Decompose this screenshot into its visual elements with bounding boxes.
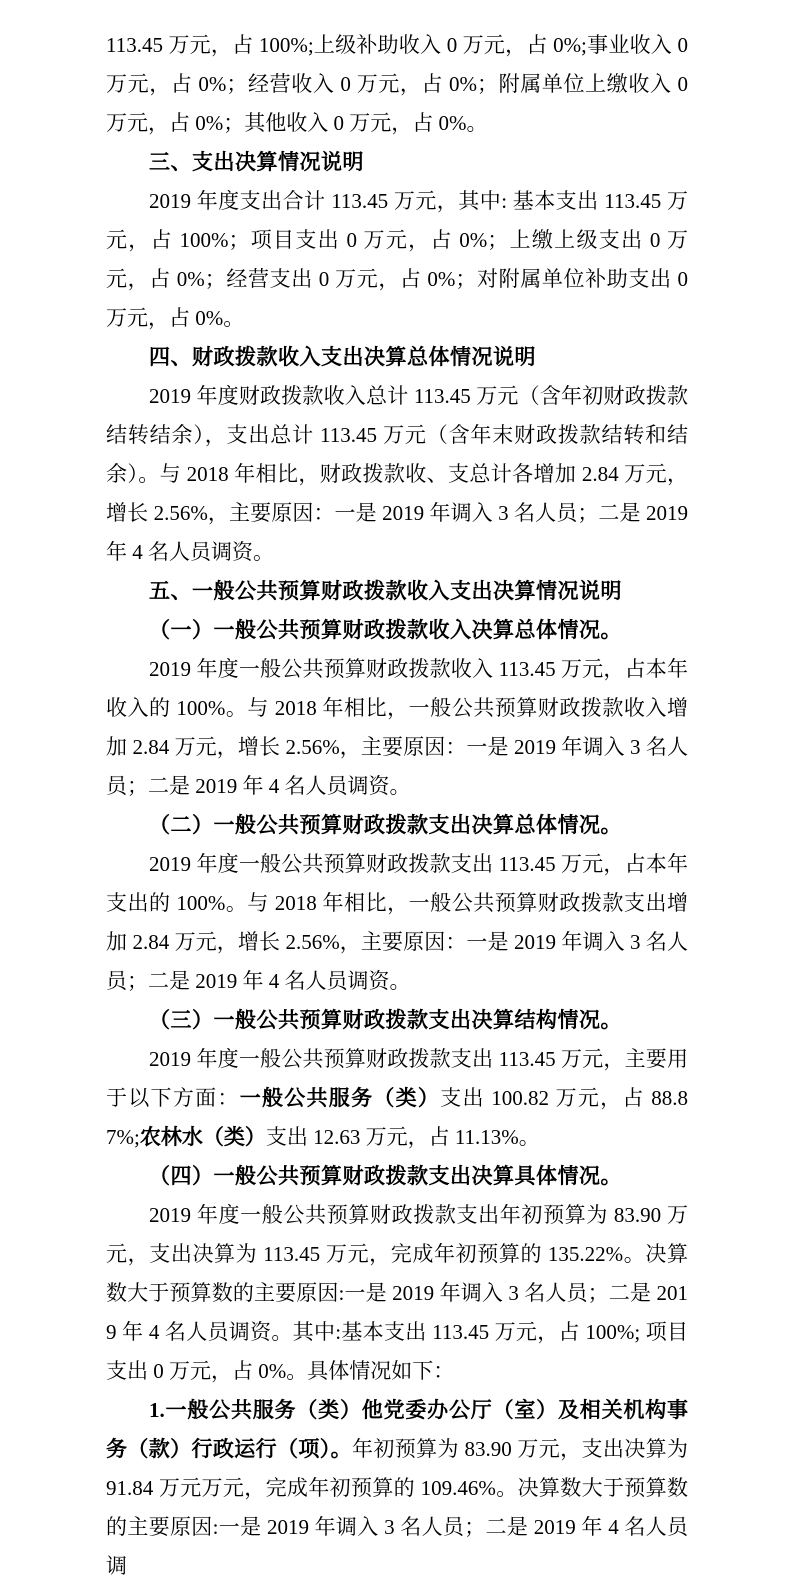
heading-section-five-general-budget: 五、一般公共预算财政拨款收入支出决算情况说明	[106, 572, 688, 611]
structure-run-agriculture-forestry-water-amount: 支出 12.63 万元，占 11.13%。	[266, 1125, 540, 1149]
subheading-three-expenditure-structure: （三）一般公共预算财政拨款支出决算结构情况。	[106, 1001, 688, 1040]
heading-section-four-fiscal-appropriation: 四、财政拨款收入支出决算总体情况说明	[106, 338, 688, 377]
subheading-two-expenditure-overview: （二）一般公共预算财政拨款支出决算总体情况。	[106, 806, 688, 845]
expenditure-detail-summary-paragraph: 2019 年度一般公共预算财政拨款支出年初预算为 83.90 万元，支出决算为 …	[106, 1196, 688, 1391]
fiscal-appropriation-overview-paragraph: 2019 年度财政拨款收入总计 113.45 万元（含年初财政拨款结转结余），支…	[106, 377, 688, 572]
subheading-one-income-overview: （一）一般公共预算财政拨款收入决算总体情况。	[106, 611, 688, 650]
structure-run-agriculture-forestry-water-bold: 农林水（类）	[140, 1125, 266, 1149]
income-breakdown-continuation-paragraph: 113.45 万元，占 100%;上级补助收入 0 万元，占 0%;事业收入 0…	[106, 26, 688, 143]
expenditure-summary-paragraph: 2019 年度支出合计 113.45 万元，其中: 基本支出 113.45 万元…	[106, 182, 688, 338]
subheading-four-expenditure-details: （四）一般公共预算财政拨款支出决算具体情况。	[106, 1157, 688, 1196]
general-budget-expenditure-paragraph: 2019 年度一般公共预算财政拨款支出 113.45 万元，占本年支出的 100…	[106, 845, 688, 1001]
general-budget-income-paragraph: 2019 年度一般公共预算财政拨款收入 113.45 万元，占本年收入的 100…	[106, 650, 688, 806]
admin-operation-item-paragraph: 1.一般公共服务（类）他党委办公厅（室）及相关机构事务（款）行政运行（项）。年初…	[106, 1391, 688, 1586]
expenditure-structure-paragraph: 2019 年度一般公共预算财政拨款支出 113.45 万元，主要用于以下方面：一…	[106, 1040, 688, 1157]
heading-section-three-expenditure: 三、支出决算情况说明	[106, 143, 688, 182]
document-page: 113.45 万元，占 100%;上级补助收入 0 万元，占 0%;事业收入 0…	[0, 0, 793, 1587]
structure-run-general-public-services-bold: 一般公共服务（类）	[240, 1086, 441, 1110]
